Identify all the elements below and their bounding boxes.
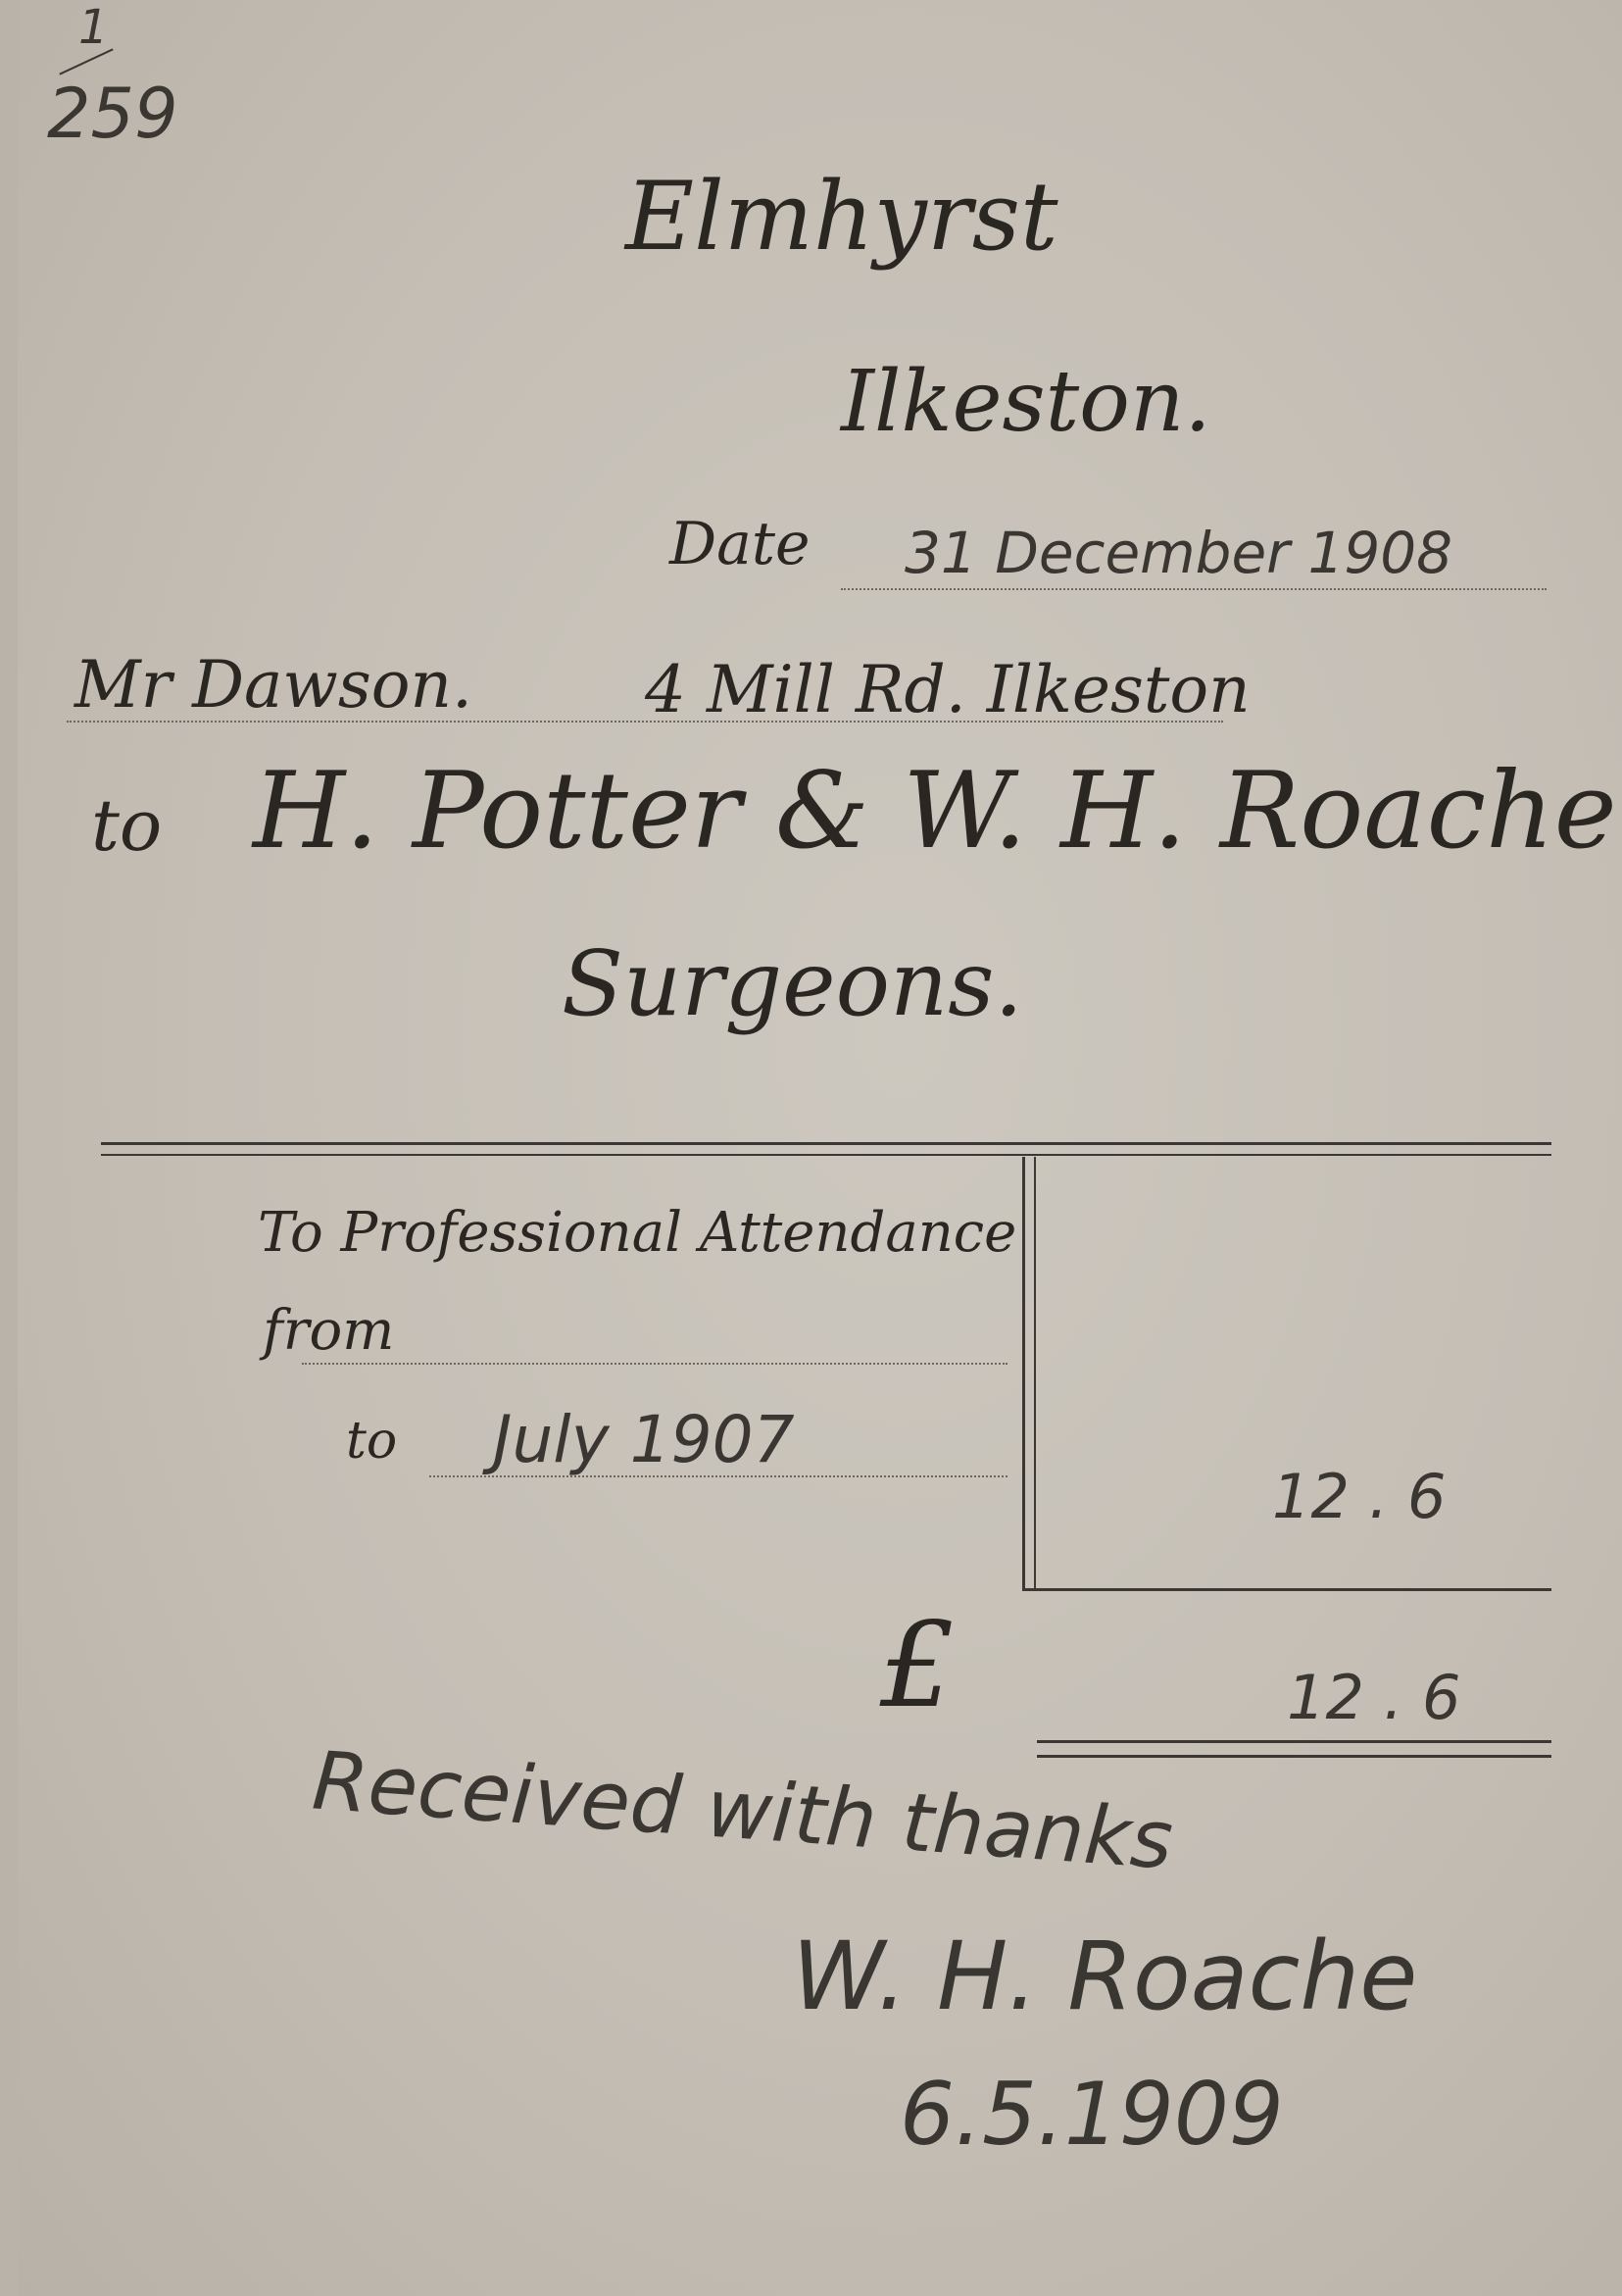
archive-ref-denominator: 259	[47, 74, 178, 154]
to-rule	[429, 1475, 1008, 1477]
letterhead-house: Elmhyrst	[625, 162, 1058, 272]
bill-amount: 12 . 6	[1272, 1461, 1446, 1532]
date-value: 31 December 1908	[905, 520, 1452, 586]
recipient-address: 4 Mill Rd. Ilkeston	[645, 652, 1251, 727]
bill-from-label: from	[263, 1299, 394, 1363]
payee-title: Surgeons.	[562, 931, 1023, 1036]
recipient-name: Mr Dawson.	[74, 647, 472, 723]
paper-sheet: 1 259 Elmhyrst Ilkeston. Date 31 Decembe…	[18, 0, 1622, 2296]
archive-ref-numerator: 1	[78, 0, 109, 55]
bill-description: To Professional Attendance	[258, 1201, 1016, 1265]
bill-to-value: July 1907	[493, 1402, 795, 1477]
payee-prefix: to	[91, 784, 162, 867]
table-top-rule-1	[101, 1142, 1551, 1145]
table-column-divider	[1022, 1157, 1025, 1588]
total-rule-1	[1037, 1740, 1551, 1743]
table-top-rule-2	[101, 1154, 1551, 1156]
letterhead-town: Ilkeston.	[841, 353, 1211, 451]
description-rule	[302, 1363, 1008, 1365]
date-rule	[841, 588, 1547, 590]
currency-symbol: £	[880, 1598, 955, 1734]
receipt-date: 6.5.1909	[900, 2064, 1284, 2165]
receipt-signature: W. H. Roache	[792, 1922, 1417, 2031]
table-bottom-rule	[1022, 1588, 1551, 1591]
payee-names: H. Potter & W. H. Roache	[253, 750, 1617, 873]
total-rule-2	[1037, 1755, 1551, 1758]
bill-total: 12 . 6	[1287, 1662, 1460, 1733]
date-label: Date	[669, 510, 811, 578]
bill-to-label: to	[346, 1412, 397, 1471]
table-column-divider-2	[1034, 1157, 1036, 1588]
recipient-rule	[67, 721, 1223, 723]
